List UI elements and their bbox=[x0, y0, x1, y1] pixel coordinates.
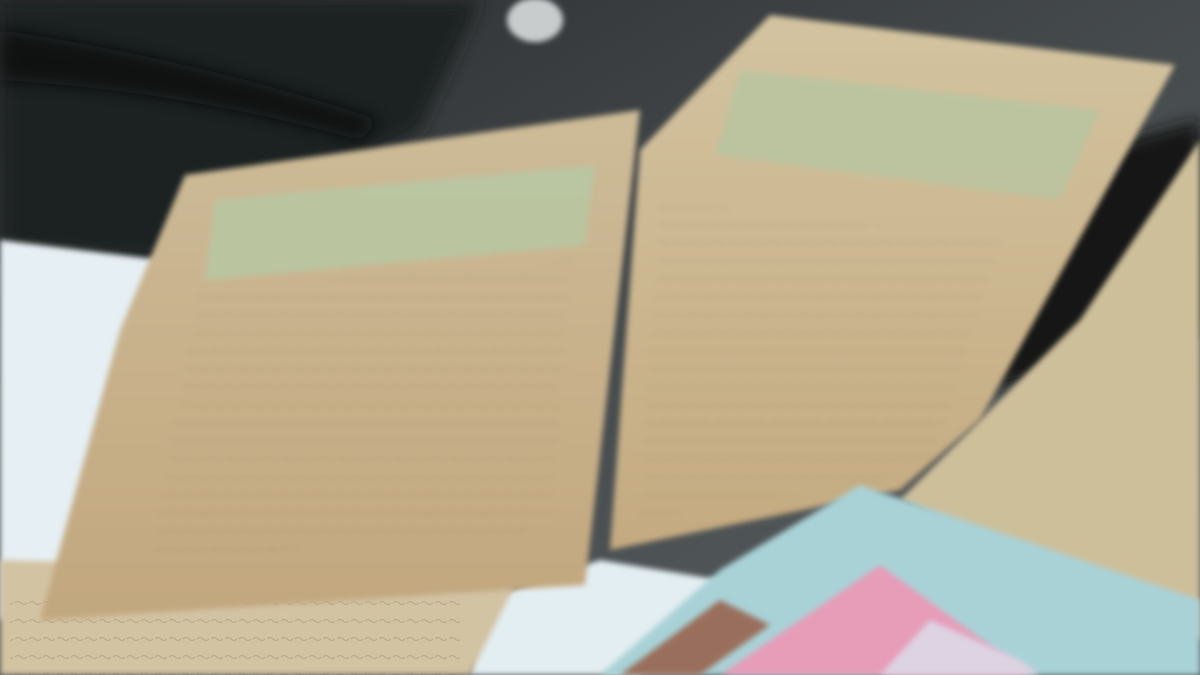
photo-illustration bbox=[0, 0, 1200, 675]
manuscripts-photo: Photograph of aged handwritten manuscrip… bbox=[0, 0, 1200, 675]
